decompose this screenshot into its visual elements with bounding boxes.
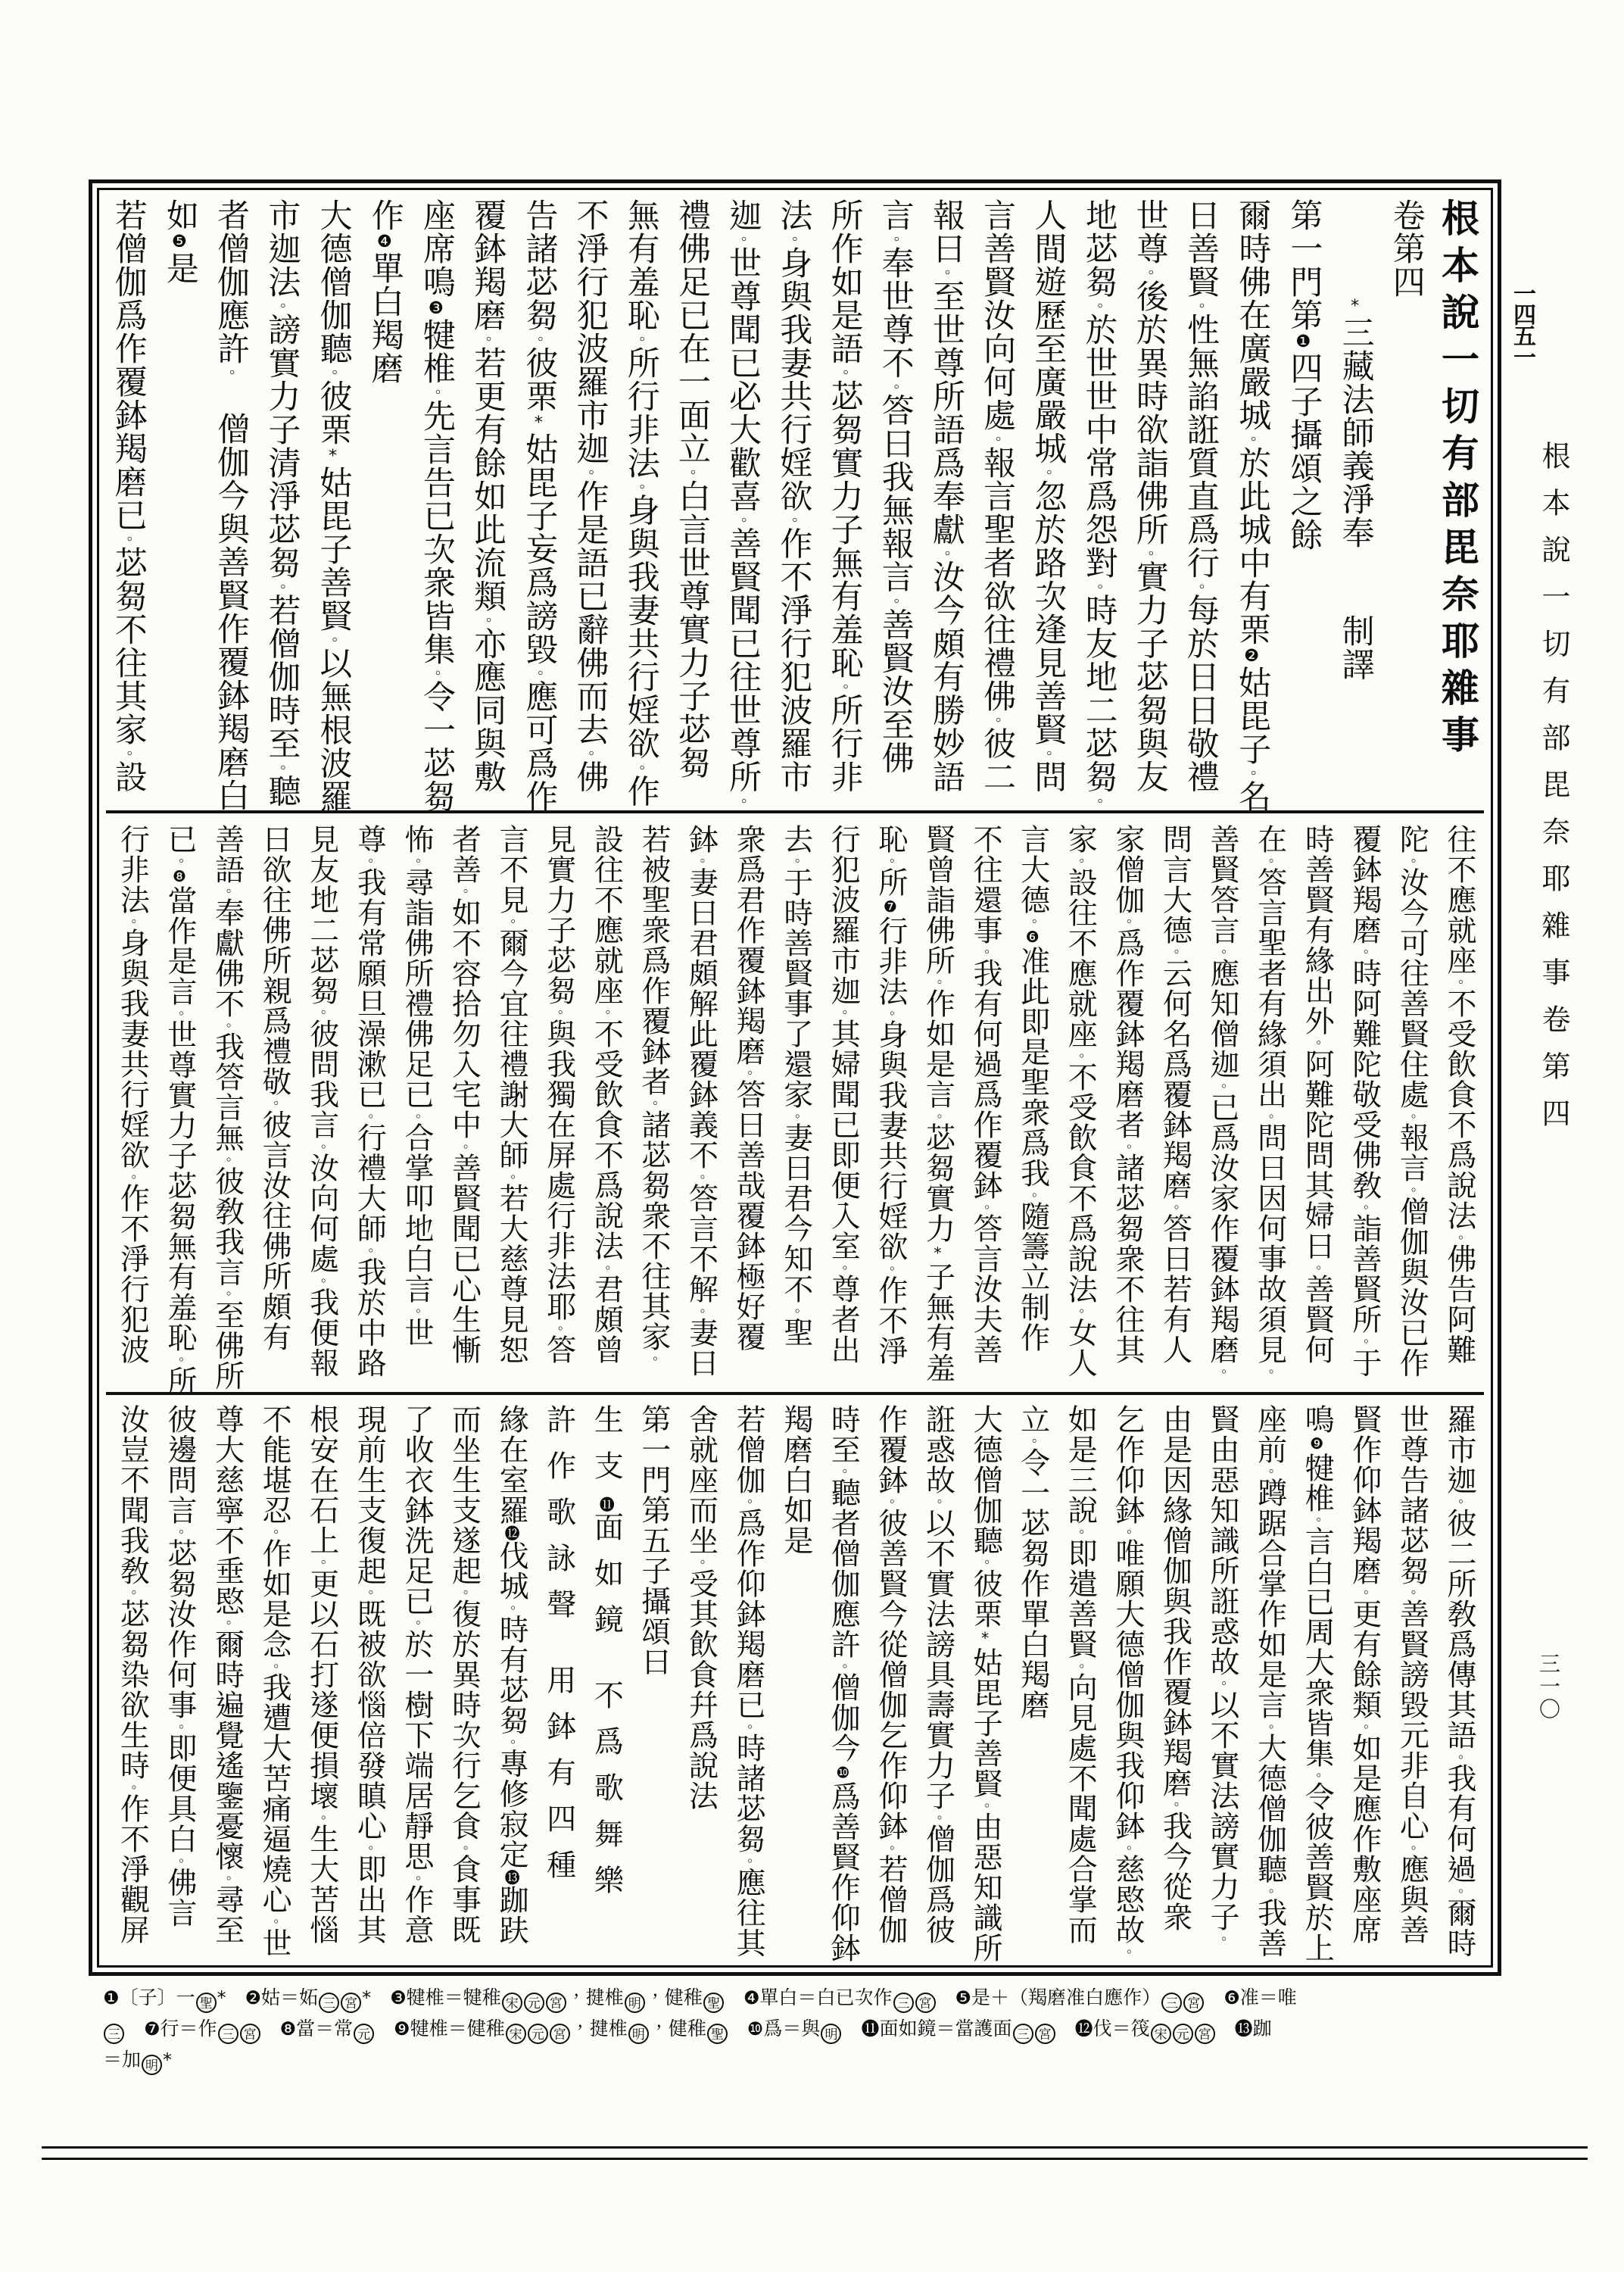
text-column: 誑惑故。以不實法謗具壽實力子。僧伽爲彼 [914,1404,962,1961]
text-column: 往不應就座。不受飲食不爲說法。佛告阿難 [1435,824,1482,1383]
text-column: 所作如是語。苾芻實力子無有羞恥。所行非 [818,198,869,809]
edition-siglum: 三 [1161,1993,1182,2013]
text-column: 世尊告諸苾芻。善賢謗毀元非自心。應與善 [1388,1404,1435,1961]
text-column: 羯磨白如是 [771,1404,819,1961]
apparatus-notes: ❶〔子〕一聖* ❷姑＝妬三宮* ❸犍椎＝犍稚宋元宮，揵椎明，健稚聖 ❹單白＝白已… [103,1983,1529,2076]
note-marker: ❺ [170,232,189,251]
edition-siglum: 宮 [341,1993,361,2013]
note-number: ❹ [743,1987,760,2008]
text-column: 立。令一苾芻作單白羯磨 [1008,1404,1056,1961]
text-column: 不能堪忍。作如是念。我遭大苦痛逼燒心。世 [251,1404,298,1961]
text-column: 世尊。後於異時欲詣佛所。實力子苾芻與友 [1124,198,1175,809]
text-column: 如❺是 [154,198,205,809]
verse-column: 許作歌詠聲用鉢有四種 [535,1404,582,1961]
text-block-bottom: 羅市迦。彼二所敎爲傳其語。我有何過。爾時世尊告諸苾芻。善賢謗毀元非自心。應與善賢… [108,1404,1482,1961]
edition-siglum: 三 [1013,2024,1033,2044]
edition-siglum: 宮 [240,2024,260,2044]
note-marker: * [928,1244,946,1262]
note-number: ❽ [280,2018,297,2039]
edition-siglum: 元 [528,2024,548,2044]
note-marker: * [323,446,343,466]
text-column: 爾時佛在廣嚴城。於此城中有栗❷姑毘子。名 [1226,198,1277,809]
note-number: ⓫ [861,2018,879,2039]
text-column: 曰善賢。性無諂誑質直爲行。每於日日敬禮 [1175,198,1226,809]
verse-column: 生支⓫面如鏡不爲歌舞樂 [582,1404,630,1961]
text-block-top: 根本說一切有部毘奈耶雜事卷第四*三藏法師義淨奉制譯第一門第❶四子攝頌之餘爾時佛在… [108,198,1482,809]
text-column: 現前生支復起。既被欲惱倍發瞋心。即出其 [345,1404,393,1961]
edition-siglum: 明 [625,1993,645,2013]
text-column: 問言大德。云何名爲覆鉢羯磨。答曰若有人 [1151,824,1199,1383]
text-column: 緣在室羅⓬伐城。時有苾芻。專修寂定⓭跏趺 [488,1404,535,1961]
note-marker: ❹ [375,232,394,251]
apparatus-line: 三 ❼行＝作三宮 ❽當＝常元 ❾犍椎＝健稚宋元宮，揵椎明，健稚聖 ❿爲＝與明 ⓫… [103,2014,1529,2045]
note-marker: ⓭ [502,1870,520,1885]
bottom-rule-lower [42,2158,1588,2160]
text-column: 乞作仰鉢。唯願大德僧伽與我仰鉢。慈愍故。 [1103,1404,1151,1961]
scanned-sutra-page: 一四五一 根本說一切有部毘奈耶雜事卷第四 三一〇 根本說一切有部毘奈耶雜事卷第四… [0,0,1624,2272]
note-marker: ❸ [426,298,446,318]
text-column: 行犯波羅市迦。其婦聞已即便入室。尊者出 [819,824,867,1383]
edition-siglum: 明 [628,2024,649,2044]
page-number: 三一〇 [1532,1653,1563,1721]
apparatus-line: ＝加明* [103,2045,1529,2076]
text-column: 座前。蹲踞合掌作如是言。大德僧伽聽。我善 [1245,1404,1293,1961]
text-column: 舍就座而坐。受其飲食幷爲說法 [677,1404,725,1961]
text-column: 見友地二苾芻。彼問我言。汝向何處。我便報 [298,824,345,1383]
text-column: 時善賢有緣出外。阿難陀問其婦曰。善賢何 [1293,824,1341,1383]
text-column: 不淨行犯波羅市迦。作是語已辭佛而去。佛 [564,198,615,809]
note-number: ❿ [747,2018,764,2039]
edition-siglum: 聖 [196,1993,217,2013]
note-marker: ❿ [834,1763,852,1781]
text-column: 賢曾詣佛所。作如是言。苾芻實力*子無有羞 [914,824,962,1383]
note-marker: ⓫ [597,1496,615,1512]
text-column: 設往不應就座。不受飲食不爲說法。君頗曾 [582,824,630,1383]
text-column: 第一門第❶四子攝頌之餘 [1277,198,1329,809]
edition-siglum: 宮 [1195,2024,1215,2044]
edition-siglum: 明 [142,2055,162,2075]
note-marker: ❽ [170,867,189,885]
text-column: 言不見。爾今宜往禮謝大師。若大慈尊見恕 [488,824,535,1383]
edition-siglum: 三 [218,2024,238,2044]
note-marker: * [976,1629,994,1647]
text-column: 衆爲君作覆鉢羯磨。答曰善哉覆鉢極好覆 [725,824,772,1383]
text-column: 見實力子苾芻。與我獨在屏處行非法耶。答 [535,824,582,1383]
edition-siglum: 三 [319,1993,339,2013]
text-column: 家。設往不應就座。不受飲食不爲說法。女人 [1056,824,1104,1383]
text-column: 迦。世尊聞已必大歡喜。善賢聞已往世尊所。 [717,198,768,809]
note-number: ❺ [955,1987,972,2008]
text-column: 言善賢汝向何處。報言聖者欲往禮佛。彼二 [971,198,1022,809]
note-marker: ❾ [1308,1434,1326,1453]
register-separator-lower [106,1392,1484,1395]
text-column: 不往還事。我有何過爲作覆鉢。答言汝夫善 [961,824,1008,1383]
text-column: 怖。尋詣佛所禮佛足已。合掌叩地白言。世 [392,824,440,1383]
edition-siglum: 聖 [703,1993,724,2013]
text-column: 作❹單白羯磨 [359,198,410,809]
text-column: 羅市迦。彼二所敎爲傳其語。我有何過。爾時 [1435,1404,1482,1961]
text-column: 覆鉢羯磨。若更有餘如此流類。亦應同與敷 [462,198,513,809]
text-column: 若被聖衆爲作覆鉢者。諸苾芻衆不往其家。 [629,824,677,1383]
note-number: ⓭ [1235,2018,1253,2039]
edition-siglum: 元 [1173,2024,1193,2044]
text-column: 行非法。身與我妻共行婬欲。作不淨行犯波 [108,824,156,1383]
text-column: 而坐生支遂起。復於異時次行乞食。食事既 [440,1404,488,1961]
text-column: 鳴❾犍椎。言白已周大衆皆集。令彼善賢於上 [1293,1404,1341,1961]
text-number-label: 一四五一 [1505,282,1538,367]
text-column: 家僧伽。爲作覆鉢羯磨者。諸苾芻衆不往其 [1103,824,1151,1383]
note-number: ❾ [394,2018,410,2039]
edition-siglum: 宋 [506,2024,526,2044]
text-column: 尊大慈寧不垂愍。爾時遍覺遙鑒憂懷。尋至 [203,1404,251,1961]
text-column: 汝豈不聞我敎。苾芻染欲生時。作不淨觀屏 [108,1404,156,1961]
edition-siglum: 宮 [915,1993,936,2013]
text-column: 者僧伽應許。僧伽今與善賢作覆鉢羯磨白 [205,198,256,809]
note-number: * [217,1987,226,2008]
note-marker: ❼ [881,897,899,916]
text-column: 市迦法。謗實力子清淨苾芻。若僧伽時至。聽 [256,198,307,809]
text-column: 告諸苾芻。彼栗*姑毘子妄爲謗毀。應可爲作 [513,198,564,809]
text-column: 賢由惡知識所誑惑故。以不實法謗實力子。 [1198,1404,1245,1961]
note-number: * [362,1987,371,2008]
bottom-rule-upper [42,2146,1588,2149]
text-block-middle: 往不應就座。不受飲食不爲說法。佛告阿難陀。汝今可往善賢住處。報言。僧伽與汝已作覆… [108,824,1482,1383]
edition-siglum: 明 [821,2024,841,2044]
note-number: ❻ [1223,1987,1240,2008]
apparatus-line: ❶〔子〕一聖* ❷姑＝妬三宮* ❸犍椎＝犍稚宋元宮，揵椎明，健稚聖 ❹單白＝白已… [103,1983,1529,2014]
text-column: 由是因緣僧伽與我作覆鉢羯磨。我今從衆 [1151,1404,1199,1961]
edition-siglum: 三 [893,1993,914,2013]
edition-siglum: 宮 [550,2024,570,2044]
edition-siglum: 聖 [707,2024,728,2044]
edition-siglum: 宮 [1183,1993,1204,2013]
text-column: 賢作仰鉢羯磨。更有餘類。如是應作敷座席 [1340,1404,1388,1961]
text-column: 地苾芻。於世世中常爲怨對。時友地二苾芻。 [1073,198,1124,809]
text-column: *三藏法師義淨奉制譯 [1329,198,1380,809]
text-column: 尊。我有常願旦澡漱已。行禮大師。我於中路 [345,824,393,1383]
text-column: 恥。所❼行非法。身與我妻共行婬欲。作不淨 [866,824,914,1383]
sutra-title-column: 根本說一切有部毘奈耶雜事 [1432,198,1482,809]
text-column: 言。奉世尊不。答曰我無報言。善賢汝至佛 [870,198,921,809]
text-column: 作覆鉢。彼善賢今從僧伽乞作仰鉢。若僧伽 [866,1404,914,1961]
note-marker: ❻ [1024,928,1042,946]
text-column: 若僧伽。爲作仰鉢羯磨已。時諸苾芻。應往其 [725,1404,772,1961]
text-column: 鉢。妻曰君頗解此覆鉢義不。答言不解。妻曰 [677,824,725,1383]
text-column: 者善。如不容拾勿入宅中。善賢聞已心生慚 [440,824,488,1383]
note-number: ❼ [144,2018,161,2039]
text-column: 曰欲往佛所親爲禮敬。彼言汝往佛所頗有 [251,824,298,1383]
edition-siglum: 三 [104,2024,124,2044]
text-column: 時至。聽者僧伽應許。僧伽今❿爲善賢作仰鉢 [819,1404,867,1961]
text-column: 法。身與我妻共行婬欲。作不淨行犯波羅市 [768,198,818,809]
text-column: 大德僧伽聽。彼栗*姑毘子善賢。由惡知識所 [961,1404,1008,1961]
text-column: 在。答言聖者有緣須出。問曰因何事故須見。 [1245,824,1293,1383]
text-column: 如是三說。即遣善賢。向見處不聞處合掌而 [1056,1404,1104,1961]
text-column: 人間遊歷至廣嚴城。忽於路次逢見善賢。問 [1022,198,1073,809]
text-column: 善賢答言。應知僧迦。已爲汝家作覆鉢羯磨。 [1198,824,1245,1383]
text-column: 大德僧伽聽。彼栗*姑毘子善賢。以無根波羅 [307,198,358,809]
text-column: 卷第四 [1381,198,1432,809]
text-column: 禮佛足已在一面立。白言世尊實力子苾芻 [666,198,717,809]
edition-siglum: 宋 [1151,2024,1171,2044]
text-column: 言大德。❻准此即是聖衆爲我。隨籌立制作 [1008,824,1056,1383]
edition-siglum: 宋 [502,1993,522,2013]
note-marker: ❶ [1293,332,1313,351]
text-column: 根安在石上。更以石打遂便損壞。生大苦惱 [298,1404,345,1961]
text-column: 了收衣鉢洗足已。於一樹下端居靜思。作意 [392,1404,440,1961]
note-number: ❶ [103,1987,120,2008]
note-number: * [163,2049,172,2071]
note-number: ❷ [245,1987,262,2008]
text-column: 陀。汝今可往善賢住處。報言。僧伽與汝已作 [1388,824,1435,1383]
edition-siglum: 宮 [1035,2024,1055,2044]
note-number: ❸ [390,1987,407,2008]
edition-siglum: 元 [524,1993,544,2013]
text-column: 覆鉢羯磨。時阿難陀敬受佛敎。詣善賢所。于 [1340,824,1388,1383]
text-column: 座席鳴❸犍椎。先言告已次衆皆集。令一苾芻 [410,198,462,809]
text-column: 彼邊問言。苾芻汝作何事。即便具白。佛言 [155,1404,203,1961]
edition-siglum: 元 [354,2024,374,2044]
text-column: 第一門第五子攝頌曰 [629,1404,677,1961]
text-column: 善語。奉獻佛不。我答言無。彼敎我言。至佛所 [203,824,251,1383]
edition-siglum: 宮 [546,1993,566,2013]
note-marker: ⓬ [502,1525,520,1540]
text-column: 已。❽當作是言。世尊實力子苾芻無有羞恥。所 [155,824,203,1383]
note-number: ⓬ [1075,2018,1093,2039]
note-marker: ❷ [1242,646,1261,666]
register-separator-upper [106,810,1484,813]
text-column: 去。于時善賢事了還家。妻曰君今知不。聖 [771,824,819,1383]
note-marker: * [528,413,548,432]
text-column: 無有羞恥。所行非法。身與我妻共行婬欲。作 [616,198,666,809]
note-marker: * [1345,296,1365,316]
running-title: 根本說一切有部毘奈耶雜事卷第四 [1532,441,1574,1145]
text-column: 若僧伽爲作覆鉢羯磨已。苾芻不往其家。設 [103,198,154,809]
text-column: 報曰。至世尊所語爲奉獻。汝今頗有勝妙語 [921,198,971,809]
